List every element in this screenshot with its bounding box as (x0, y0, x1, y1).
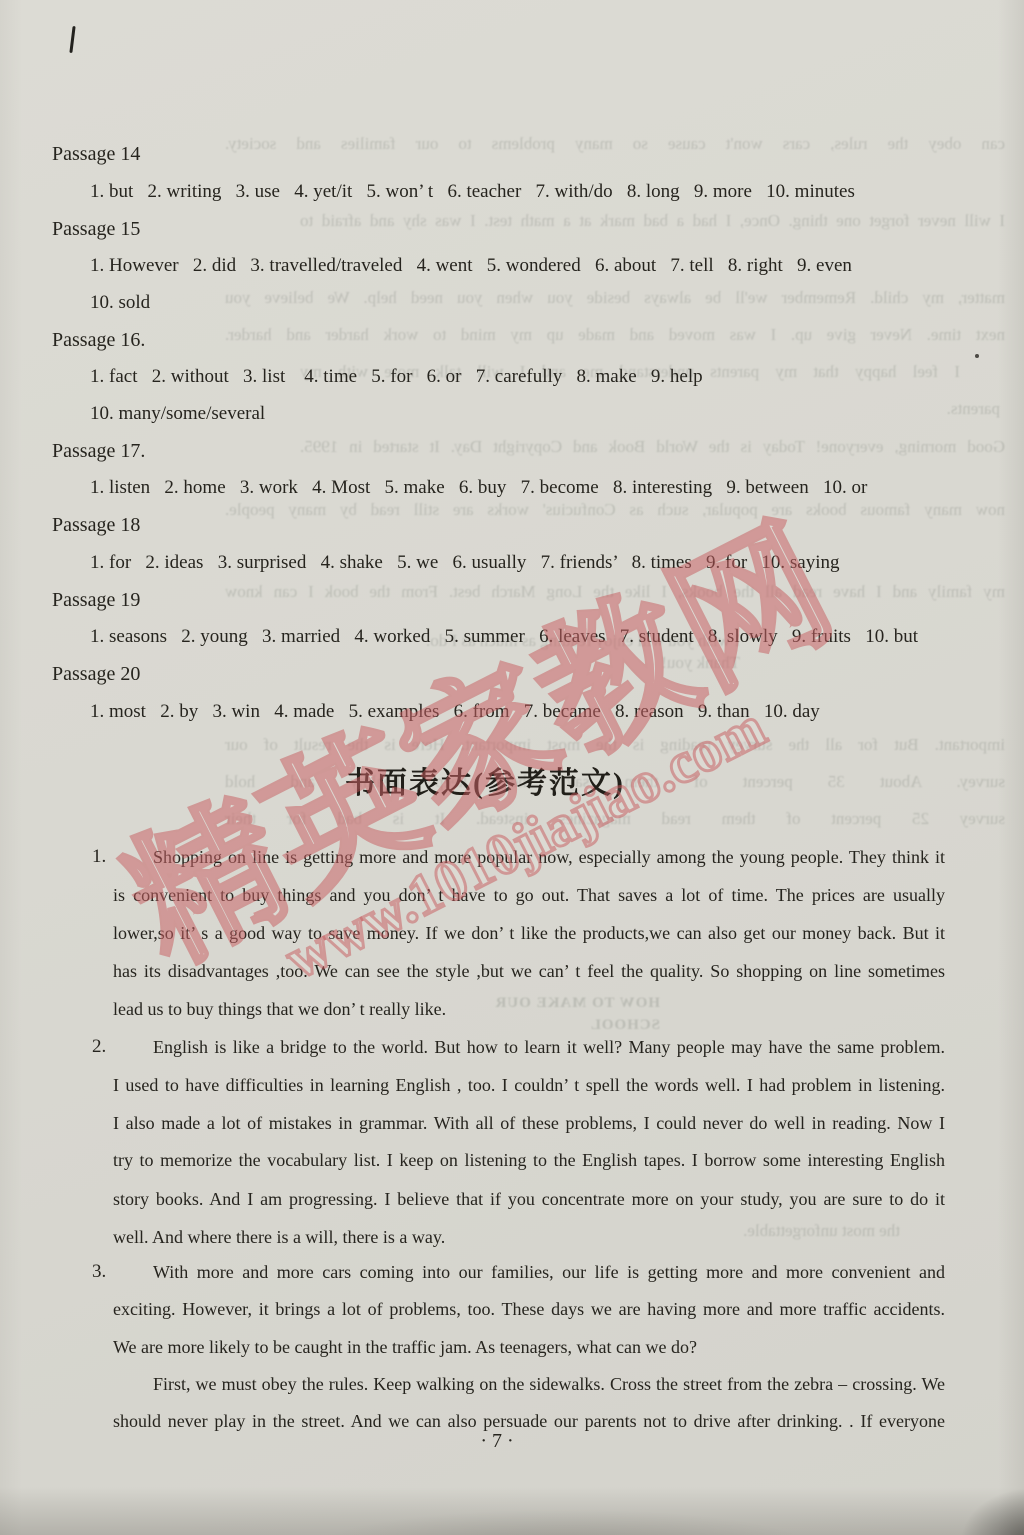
essay-3-line: exciting. However, it brings a lot of pr… (113, 1297, 945, 1321)
passage-16-answers: 1. fact 2. without 3. list 4. time 5. fo… (90, 365, 703, 389)
passage-18-label: Passage 18 (52, 513, 140, 537)
bleedthrough-line: important. But for all the survey readin… (225, 734, 1005, 756)
passage-19-answers: 1. seasons 2. young 3. married 4. worked… (90, 625, 918, 649)
bleedthrough-line: survey 25 percent of them read magazines… (225, 808, 1005, 830)
pen-mark (69, 26, 75, 53)
ink-speck (975, 354, 979, 358)
essay-2-line: English is like a bridge to the world. B… (153, 1035, 945, 1059)
passage-14-label: Passage 14 (52, 142, 140, 166)
passage-15-answers: 1. However 2. did 3. travelled/traveled … (90, 254, 852, 278)
essay-1-line: is convenient to buy things and you don’… (113, 883, 945, 907)
ink-speck (420, 1307, 423, 1310)
passage-14-answers: 1. but 2. writing 3. use 4. yet/it 5. wo… (90, 180, 855, 204)
essay-2-line: I used to have difficulties in learning … (113, 1073, 945, 1097)
essay-1-line: Shopping on line is getting more and mor… (153, 845, 945, 869)
essay-3-number: 3. (92, 1260, 136, 1284)
bleedthrough-line: can obey the rules, cars won't cause so … (225, 133, 1005, 155)
essay-2-line: I also made a lot of mistakes in grammar… (113, 1111, 945, 1135)
bleedthrough-line: parents. (880, 398, 1000, 420)
essay-1-line: lead us to buy things that we don’ t rea… (113, 997, 945, 1021)
passage-15-label: Passage 15 (52, 217, 140, 241)
bleedthrough-line: Good morning, everyone! Today is the Wor… (300, 436, 1005, 458)
passage-17-label: Passage 17. (52, 439, 145, 463)
passage-16-label: Passage 16. (52, 328, 145, 352)
essay-2-line: well. And where there is a will, there i… (113, 1225, 945, 1249)
passage-18-answers: 1. for 2. ideas 3. surprised 4. shake 5.… (90, 551, 840, 575)
passage-16-answers: 10. many/some/several (90, 402, 265, 426)
passage-20-answers: 1. most 2. by 3. win 4. made 5. examples… (90, 700, 820, 724)
essay-3-line: With more and more cars coming into our … (153, 1260, 945, 1284)
essay-3-line: We are more likely to be caught in the t… (113, 1335, 945, 1359)
bleedthrough-line: matter, my child. Remember we'll be alwa… (225, 287, 1005, 309)
passage-20-label: Passage 20 (52, 662, 140, 686)
essay-2-line: try to memorize the vocabulary list. I k… (113, 1148, 945, 1172)
essay-1-number: 1. (92, 845, 136, 869)
essay-3-line: First, we must obey the rules. Keep walk… (153, 1372, 945, 1396)
essay-2-number: 2. (92, 1035, 136, 1059)
bleedthrough-line: I will never forget one thing. Once, I h… (300, 210, 1005, 232)
essay-2-line: story books. And I am progressing. I bel… (113, 1187, 945, 1211)
passage-17-answers: 1. listen 2. home 3. work 4. Most 5. mak… (90, 476, 867, 500)
section-heading: 书面表达(参考范文) (0, 758, 970, 802)
page-number: · 7 · (437, 1430, 557, 1453)
bleedthrough-line: next time. Never give up. I was moved an… (225, 324, 1005, 346)
scanned-answer-page: can obey the rules, cars won't cause so … (0, 0, 1024, 1535)
passage-19-label: Passage 19 (52, 588, 140, 612)
bleedthrough-line: now many famous books are popular, such … (225, 499, 1005, 521)
essay-1-line: has its disadvantages ,too. We can see t… (113, 959, 945, 983)
bleedthrough-line: my family and I have read all the books,… (225, 581, 1005, 603)
passage-15-answers: 10. sold (90, 291, 150, 315)
essay-1-line: lower,so it’ s a good way to save money.… (113, 921, 945, 945)
